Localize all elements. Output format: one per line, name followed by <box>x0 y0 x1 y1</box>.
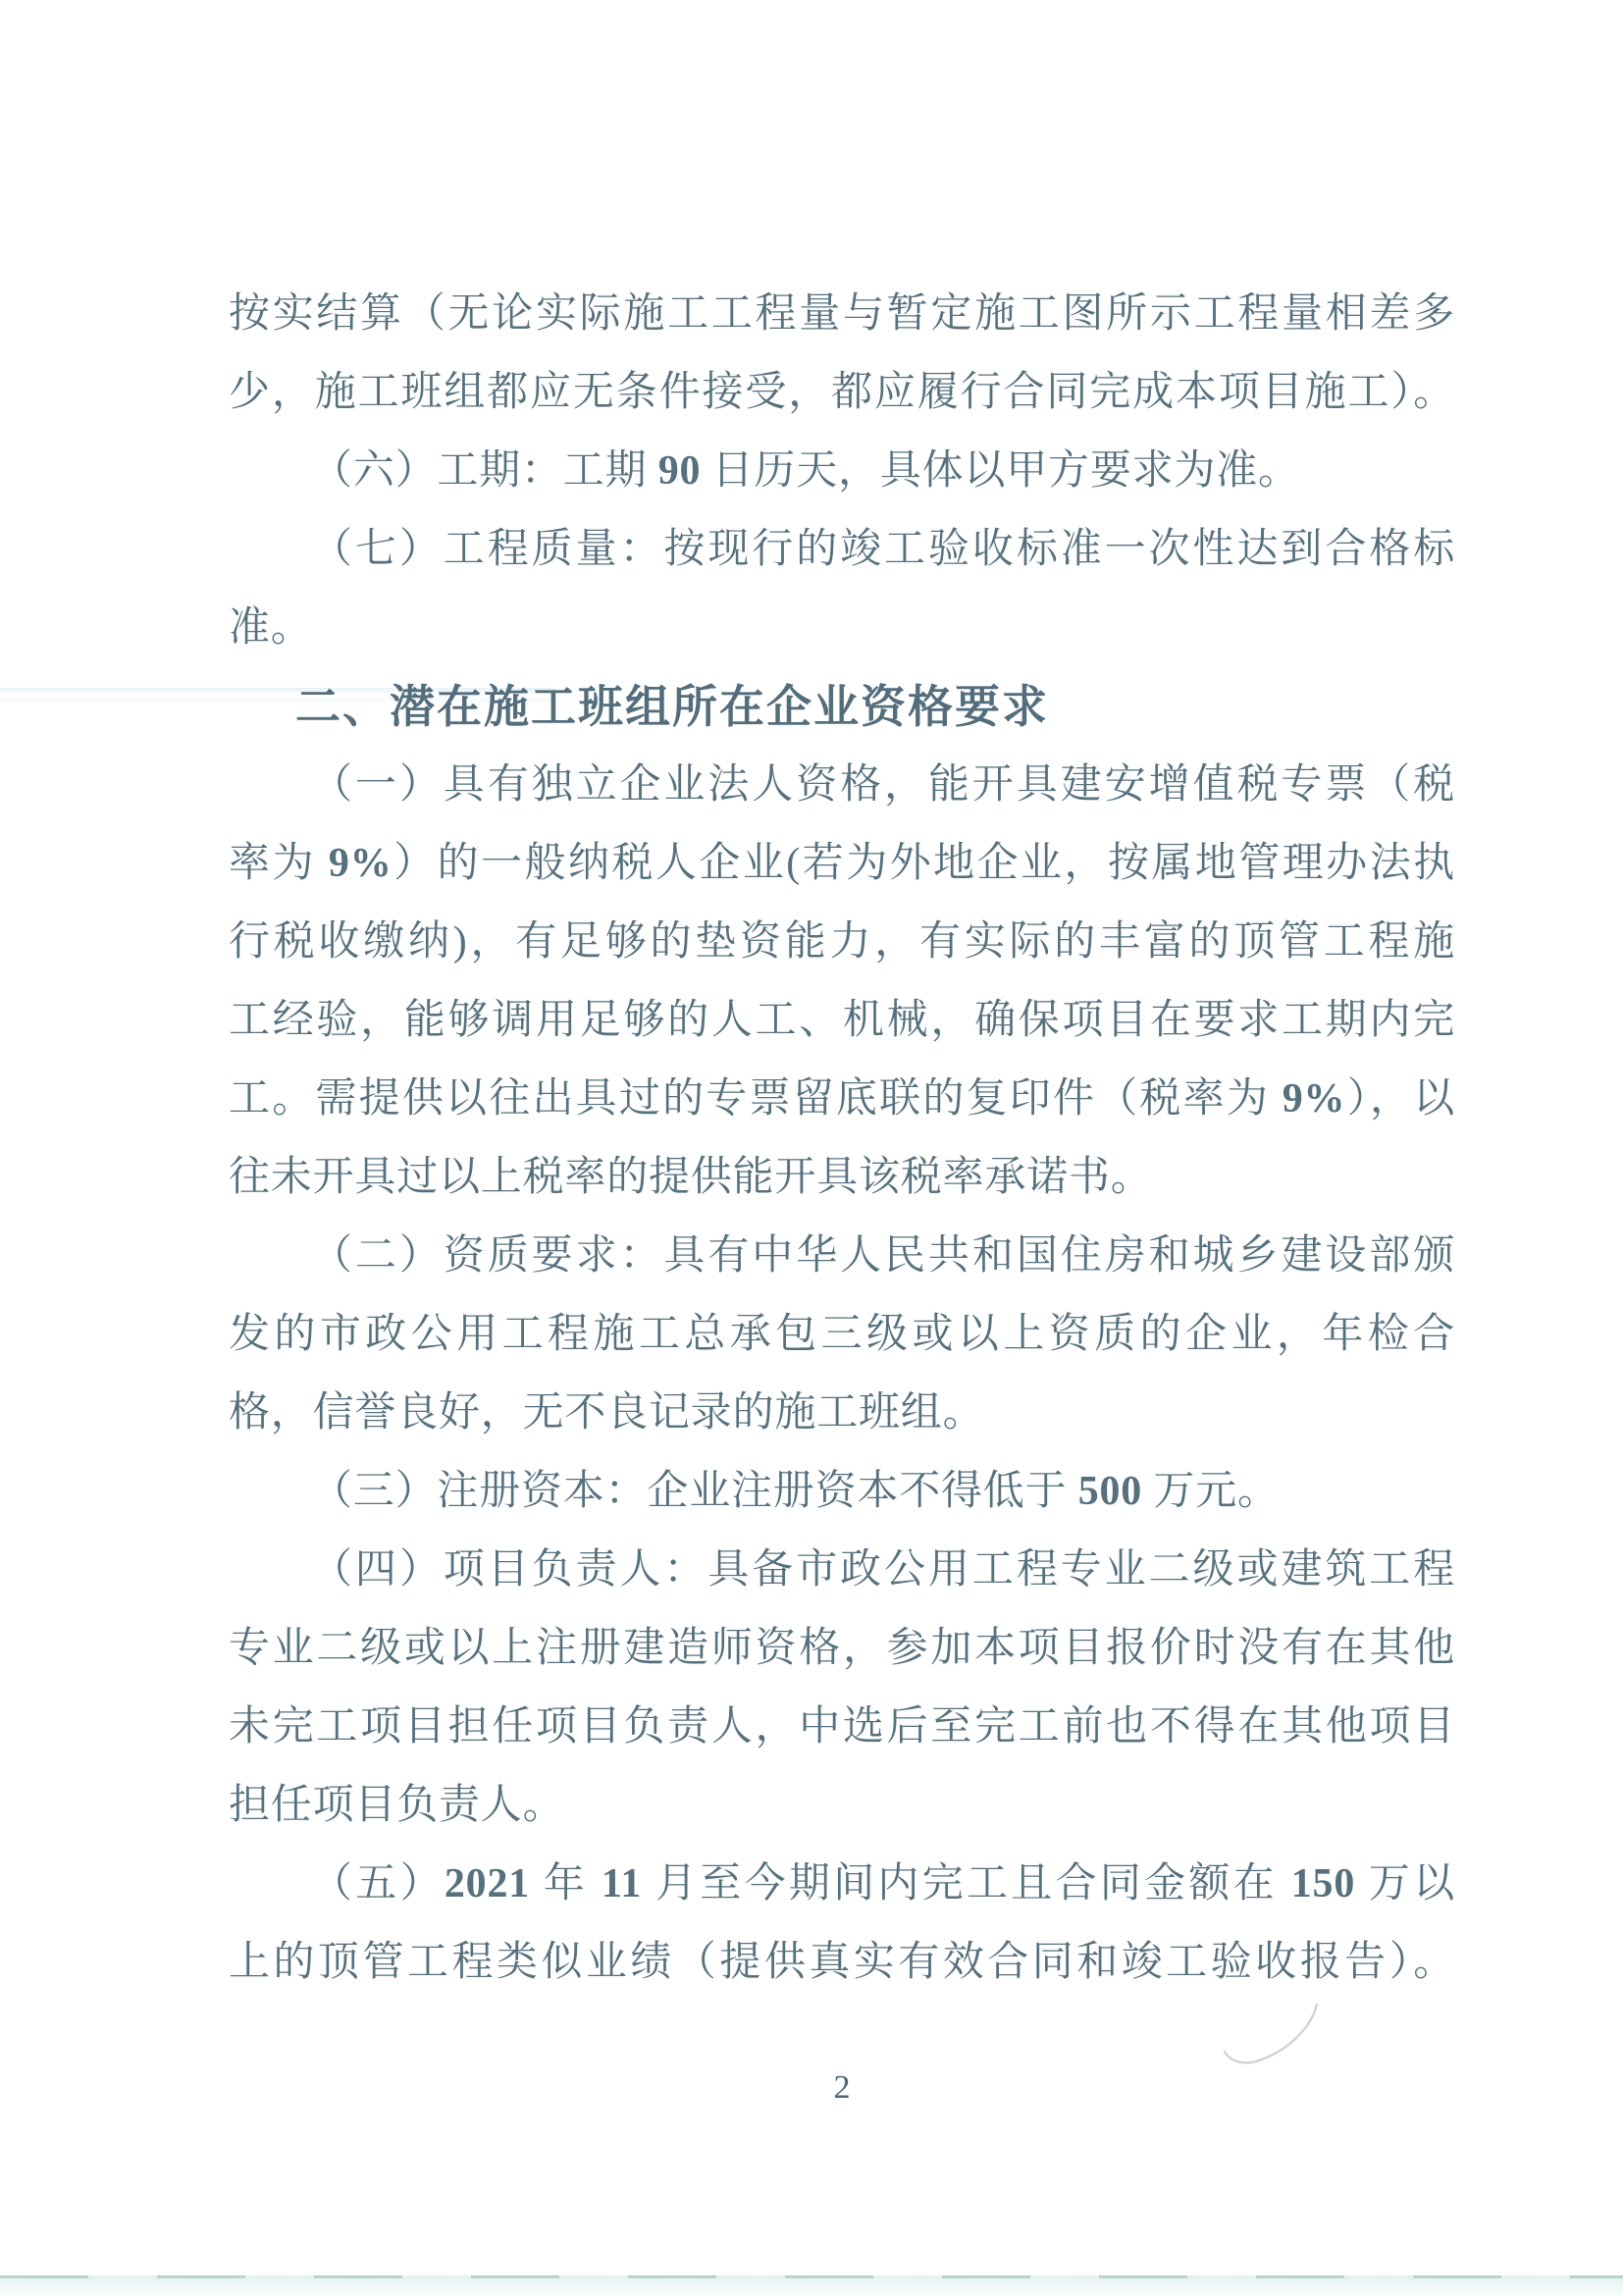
numeral-text: 2021 <box>445 1861 530 1906</box>
text-line: 率为 9%）的一般纳税人企业(若为外地企业，按属地管理办法执 <box>229 824 1455 903</box>
text-line: （七）工程质量：按现行的竣工验收标准一次性达到合格标 <box>229 510 1455 589</box>
text-line: 未完工项目担任项目负责人，中选后至完工前也不得在其他项目 <box>229 1688 1455 1766</box>
document-page: 按实结算（无论实际施工工程量与暂定施工图所示工程量相差多少，施工班组都应无条件接… <box>0 0 1623 2296</box>
numeral-text: 9% <box>329 841 393 886</box>
text-line: （五）2021 年 11 月至今期间内完工且合同金额在 150 万以 <box>229 1845 1455 1923</box>
text-line: 工。需提供以往出具过的专票留底联的复印件（税率为 9%），以 <box>229 1060 1455 1138</box>
numeral-text: 500 <box>1078 1469 1142 1514</box>
scan-edge-band <box>0 2278 1623 2296</box>
text-line: （四）项目负责人：具备市政公用工程专业二级或建筑工程 <box>229 1531 1455 1609</box>
section-heading: 二、潜在施工班组所在企业资格要求 <box>229 667 1455 746</box>
numeral-text: 150 <box>1291 1861 1355 1906</box>
text-line: （六）工期：工期 90 日历天，具体以甲方要求为准。 <box>229 432 1455 510</box>
text-line: （一）具有独立企业法人资格，能开具建安增值税专票（税 <box>229 746 1455 824</box>
text-line: 发的市政公用工程施工总承包三级或以上资质的企业，年检合 <box>229 1295 1455 1374</box>
text-line: 担任项目负责人。 <box>229 1766 1455 1845</box>
text-line: 上的顶管工程类似业绩（提供真实有效合同和竣工验收报告）。 <box>229 1923 1455 2002</box>
text-line: 专业二级或以上注册建造师资格，参加本项目报价时没有在其他 <box>229 1609 1455 1688</box>
page-number: 2 <box>229 2059 1455 2117</box>
text-line: 格，信誉良好，无不良记录的施工班组。 <box>229 1374 1455 1452</box>
text-line: 准。 <box>229 589 1455 667</box>
numeral-text: 9% <box>1283 1076 1346 1122</box>
text-line: （二）资质要求：具有中华人民共和国住房和城乡建设部颁 <box>229 1217 1455 1295</box>
text-line: （三）注册资本：企业注册资本不得低于 500 万元。 <box>229 1452 1455 1531</box>
text-line: 按实结算（无论实际施工工程量与暂定施工图所示工程量相差多 <box>229 275 1455 353</box>
text-line: 少，施工班组都应无条件接受，都应履行合同完成本项目施工）。 <box>229 353 1455 432</box>
text-line: 行税收缴纳)，有足够的垫资能力，有实际的丰富的顶管工程施 <box>229 903 1455 981</box>
text-line: 往未开具过以上税率的提供能开具该税率承诺书。 <box>229 1138 1455 1217</box>
numeral-text: 11 <box>602 1861 642 1906</box>
text-line: 工经验，能够调用足够的人工、机械，确保项目在要求工期内完 <box>229 981 1455 1060</box>
numeral-text: 90 <box>658 448 702 494</box>
document-body: 按实结算（无论实际施工工程量与暂定施工图所示工程量相差多少，施工班组都应无条件接… <box>229 275 1455 2002</box>
